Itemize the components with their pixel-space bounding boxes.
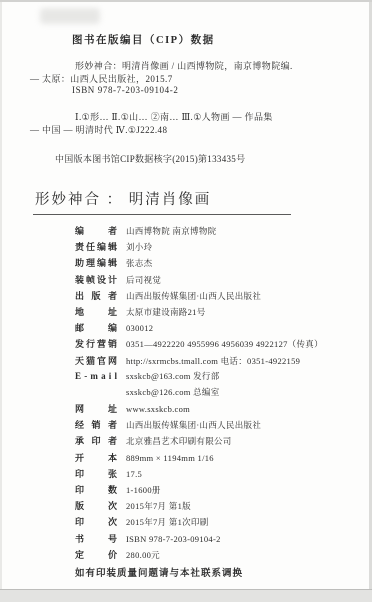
detail-value: 山西出版传媒集团·山西人民出版社 xyxy=(126,419,261,431)
detail-label: 助理编辑 xyxy=(75,256,117,269)
detail-label: 印数 xyxy=(75,483,117,496)
detail-row: 印次2015年7月 第1次印刷 xyxy=(0,515,372,531)
detail-value: 山西博物院 南京博物院 xyxy=(126,225,216,237)
detail-label: 开本 xyxy=(75,451,117,464)
detail-label: 印次 xyxy=(75,515,117,528)
publication-details-list: 编者山西博物院 南京博物院责任编辑刘小玲助理编辑张志杰装帧设计后司视觉出版者山西… xyxy=(0,224,372,564)
detail-value: sxskcb@163.com 发行部 xyxy=(126,370,220,382)
detail-value: www.sxskcb.com xyxy=(126,404,190,414)
cip-classification-line-1: Ⅰ.①形… Ⅱ.①山… ②南… Ⅲ.①人物画 — 作品集 xyxy=(75,110,273,123)
detail-label: 网址 xyxy=(75,402,117,415)
detail-row: 天猫官网http://sxrmcbs.tmall.com 电话：0351-492… xyxy=(0,354,372,370)
detail-value: ISBN 978-7-203-09104-2 xyxy=(126,534,221,544)
detail-label: 版次 xyxy=(75,499,117,512)
detail-value: http://sxrmcbs.tmall.com 电话：0351-4922159 xyxy=(126,355,300,367)
detail-value: 后司视觉 xyxy=(126,274,161,286)
detail-value: 889mm × 1194mm 1/16 xyxy=(126,453,214,463)
detail-value: 张志杰 xyxy=(126,257,152,269)
book-title: 形妙神合 ： 明清肖像画 xyxy=(35,188,211,209)
detail-row: E-mailsxskcb@163.com 发行部 xyxy=(0,370,372,386)
detail-row: 编者山西博物院 南京博物院 xyxy=(0,224,372,240)
detail-value: 17.5 xyxy=(126,469,142,479)
detail-label: 书号 xyxy=(75,532,117,545)
cip-classification-line-2: — 中国 — 明清时代 Ⅳ.①J222.48 xyxy=(30,123,167,136)
detail-value: 0351—4922220 4955996 4956039 4922127（传真） xyxy=(126,338,323,350)
detail-value: sxskcb@126.com 总编室 xyxy=(126,386,220,398)
detail-row: 经销者山西出版传媒集团·山西人民出版社 xyxy=(0,418,372,434)
detail-value: 刘小玲 xyxy=(126,241,152,253)
detail-row: 印数1-1600册 xyxy=(0,483,372,499)
detail-row: 出版者山西出版传媒集团·山西人民出版社 xyxy=(0,289,372,305)
detail-row: 印张17.5 xyxy=(0,467,372,483)
detail-row: 承印者北京雅昌艺术印刷有限公司 xyxy=(0,434,372,450)
title-divider-rule xyxy=(33,214,291,215)
detail-value: 2015年7月 第1版 xyxy=(126,500,191,512)
detail-row: 助理编辑张志杰 xyxy=(0,256,372,272)
detail-row: 责任编辑刘小玲 xyxy=(0,240,372,256)
detail-label: 印张 xyxy=(75,467,117,480)
cip-source-line-2: — 太原：山西人民出版社，2015.7 xyxy=(30,72,173,85)
page-shadow-smudge xyxy=(40,8,100,24)
detail-label: E-mail xyxy=(75,371,117,381)
detail-row: 网址www.sxskcb.com xyxy=(0,402,372,418)
cip-heading: 图书在版编目（CIP）数据 xyxy=(72,32,215,47)
book-copyright-page: 图书在版编目（CIP）数据 形妙神合：明清肖像画 / 山西博物院，南京博物院编.… xyxy=(0,0,372,602)
detail-label: 经销者 xyxy=(75,418,117,431)
detail-label: 邮编 xyxy=(75,321,117,334)
detail-label: 承印者 xyxy=(75,434,117,447)
detail-value: 2015年7月 第1次印刷 xyxy=(126,516,209,528)
detail-label: 发行营销 xyxy=(75,337,117,350)
detail-label: 编者 xyxy=(75,224,117,237)
detail-row: 邮编030012 xyxy=(0,321,372,337)
detail-value: 030012 xyxy=(126,323,153,333)
cip-source-line-1: 形妙神合：明清肖像画 / 山西博物院，南京博物院编. xyxy=(75,59,293,72)
detail-value: 1-1600册 xyxy=(126,484,161,496)
detail-value: 280.00元 xyxy=(126,549,160,561)
detail-row: 定价280.00元 xyxy=(0,548,372,564)
detail-label: 装帧设计 xyxy=(75,273,117,286)
detail-row: 版次2015年7月 第1版 xyxy=(0,499,372,515)
detail-row: sxskcb@126.com 总编室 xyxy=(0,386,372,402)
detail-label: 出版者 xyxy=(75,289,117,302)
detail-label: 定价 xyxy=(75,548,117,561)
detail-row: 地址太原市建设南路21号 xyxy=(0,305,372,321)
quality-notice: 如有印装质量问题请与本社联系调换 xyxy=(75,565,243,579)
page-bottom-edge xyxy=(0,589,372,602)
detail-row: 开本889mm × 1194mm 1/16 xyxy=(0,451,372,467)
detail-value: 北京雅昌艺术印刷有限公司 xyxy=(126,435,232,447)
detail-row: 装帧设计后司视觉 xyxy=(0,273,372,289)
detail-value: 太原市建设南路21号 xyxy=(126,306,206,318)
detail-row: 发行营销0351—4922220 4955996 4956039 4922127… xyxy=(0,337,372,353)
cip-isbn-line: ISBN 978-7-203-09104-2 xyxy=(72,85,178,95)
detail-label: 天猫官网 xyxy=(75,354,117,367)
cip-record-number: 中国版本图书馆CIP数据核字(2015)第133435号 xyxy=(55,152,245,165)
detail-row: 书号ISBN 978-7-203-09104-2 xyxy=(0,532,372,548)
detail-value: 山西出版传媒集团·山西人民出版社 xyxy=(126,290,261,302)
detail-label: 责任编辑 xyxy=(75,240,117,253)
detail-label: 地址 xyxy=(75,305,117,318)
